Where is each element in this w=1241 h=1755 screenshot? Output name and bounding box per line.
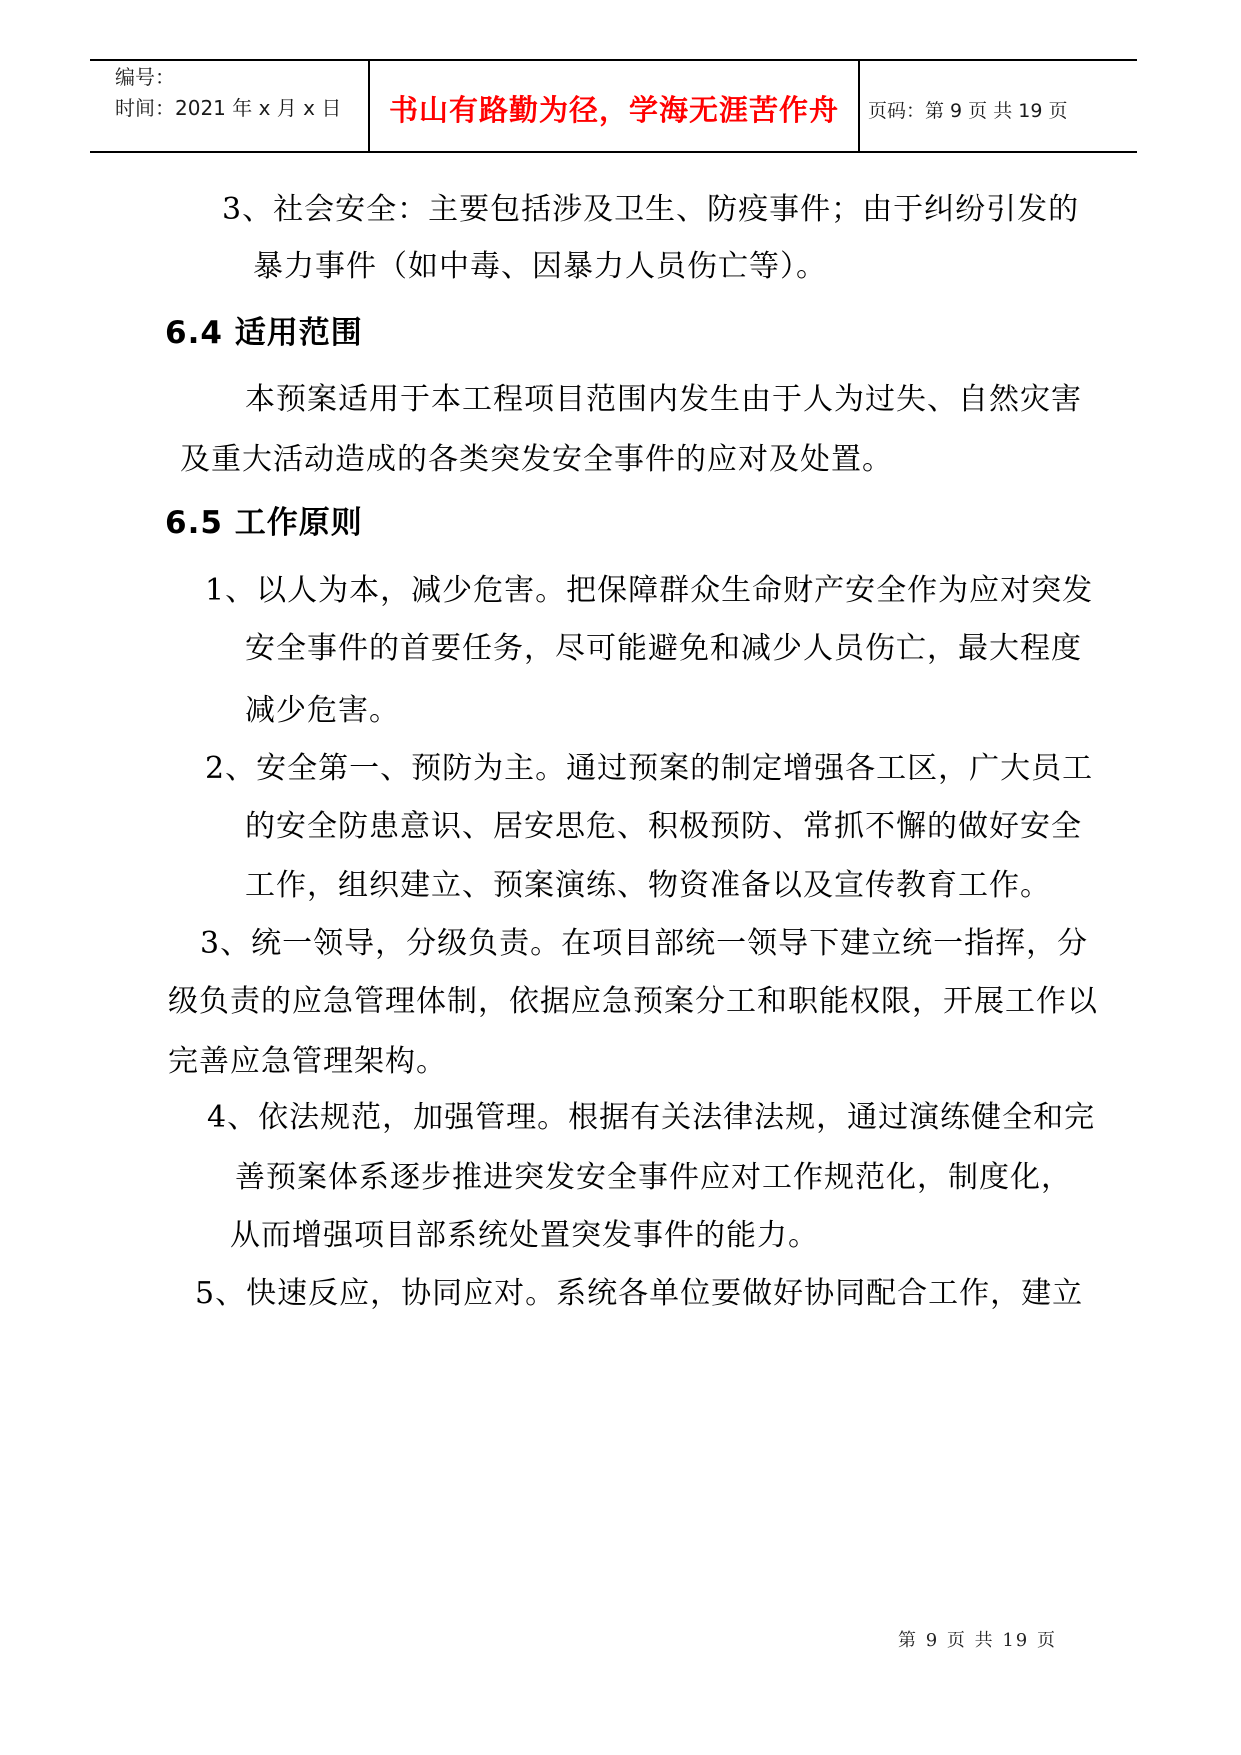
- body-line: 的安全防患意识、居安思危、积极预防、常抓不懈的做好安全: [245, 798, 1082, 856]
- body-line: 本预案适用于本工程项目范围内发生由于人为过失、自然灾害: [245, 371, 1082, 429]
- body-line: 3、统一领导，分级负责。在项目部统一领导下建立统一指挥，分: [200, 915, 1088, 973]
- header-table-bottom-border: [90, 151, 1137, 153]
- header-left-cell: 编号： 时间：2021 年 x 月 x 日: [115, 62, 365, 124]
- document-page: 编号： 时间：2021 年 x 月 x 日 书山有路勤为径，学海无涯苦作舟 页码…: [0, 0, 1241, 1755]
- body-line: 及重大活动造成的各类突发安全事件的应对及处置。: [180, 431, 893, 489]
- header-motto: 书山有路勤为径，学海无涯苦作舟: [370, 88, 858, 129]
- header-date-label: 时间：2021 年 x 月 x 日: [115, 93, 365, 124]
- section-heading-6-5: 6.5 工作原则: [165, 494, 363, 552]
- section-heading-6-4: 6.4 适用范围: [165, 304, 363, 362]
- body-line: 暴力事件（如中毒、因暴力人员伤亡等）。: [253, 238, 827, 296]
- header-number-label: 编号：: [115, 62, 365, 93]
- body-line: 安全事件的首要任务，尽可能避免和减少人员伤亡，最大程度: [245, 620, 1082, 678]
- body-line: 完善应急管理架构。: [168, 1033, 447, 1091]
- header-page-label: 页码：第 9 页 共 19 页: [868, 96, 1138, 123]
- body-line: 4、依法规范，加强管理。根据有关法律法规，通过演练健全和完: [207, 1089, 1095, 1147]
- body-line: 1、以人为本，减少危害。把保障群众生命财产安全作为应对突发: [205, 562, 1093, 620]
- body-line: 5、快速反应，协同应对。系统各单位要做好协同配合工作，建立: [195, 1265, 1083, 1323]
- body-line: 减少危害。: [245, 682, 400, 740]
- body-line: 善预案体系逐步推进突发安全事件应对工作规范化，制度化，: [235, 1149, 1072, 1207]
- header-table-divider-2: [858, 59, 860, 153]
- body-line: 3、社会安全：主要包括涉及卫生、防疫事件；由于纠纷引发的: [222, 181, 1079, 239]
- footer-page-number: 第 9 页 共 19 页: [898, 1626, 1057, 1652]
- body-line: 从而增强项目部系统处置突发事件的能力。: [230, 1207, 819, 1265]
- header-table-top-border: [90, 59, 1137, 61]
- body-line: 级负责的应急管理体制，依据应急预案分工和职能权限，开展工作以: [168, 973, 1098, 1031]
- body-line: 2、安全第一、预防为主。通过预案的制定增强各工区，广大员工: [205, 740, 1093, 798]
- body-line: 工作，组织建立、预案演练、物资准备以及宣传教育工作。: [245, 857, 1051, 915]
